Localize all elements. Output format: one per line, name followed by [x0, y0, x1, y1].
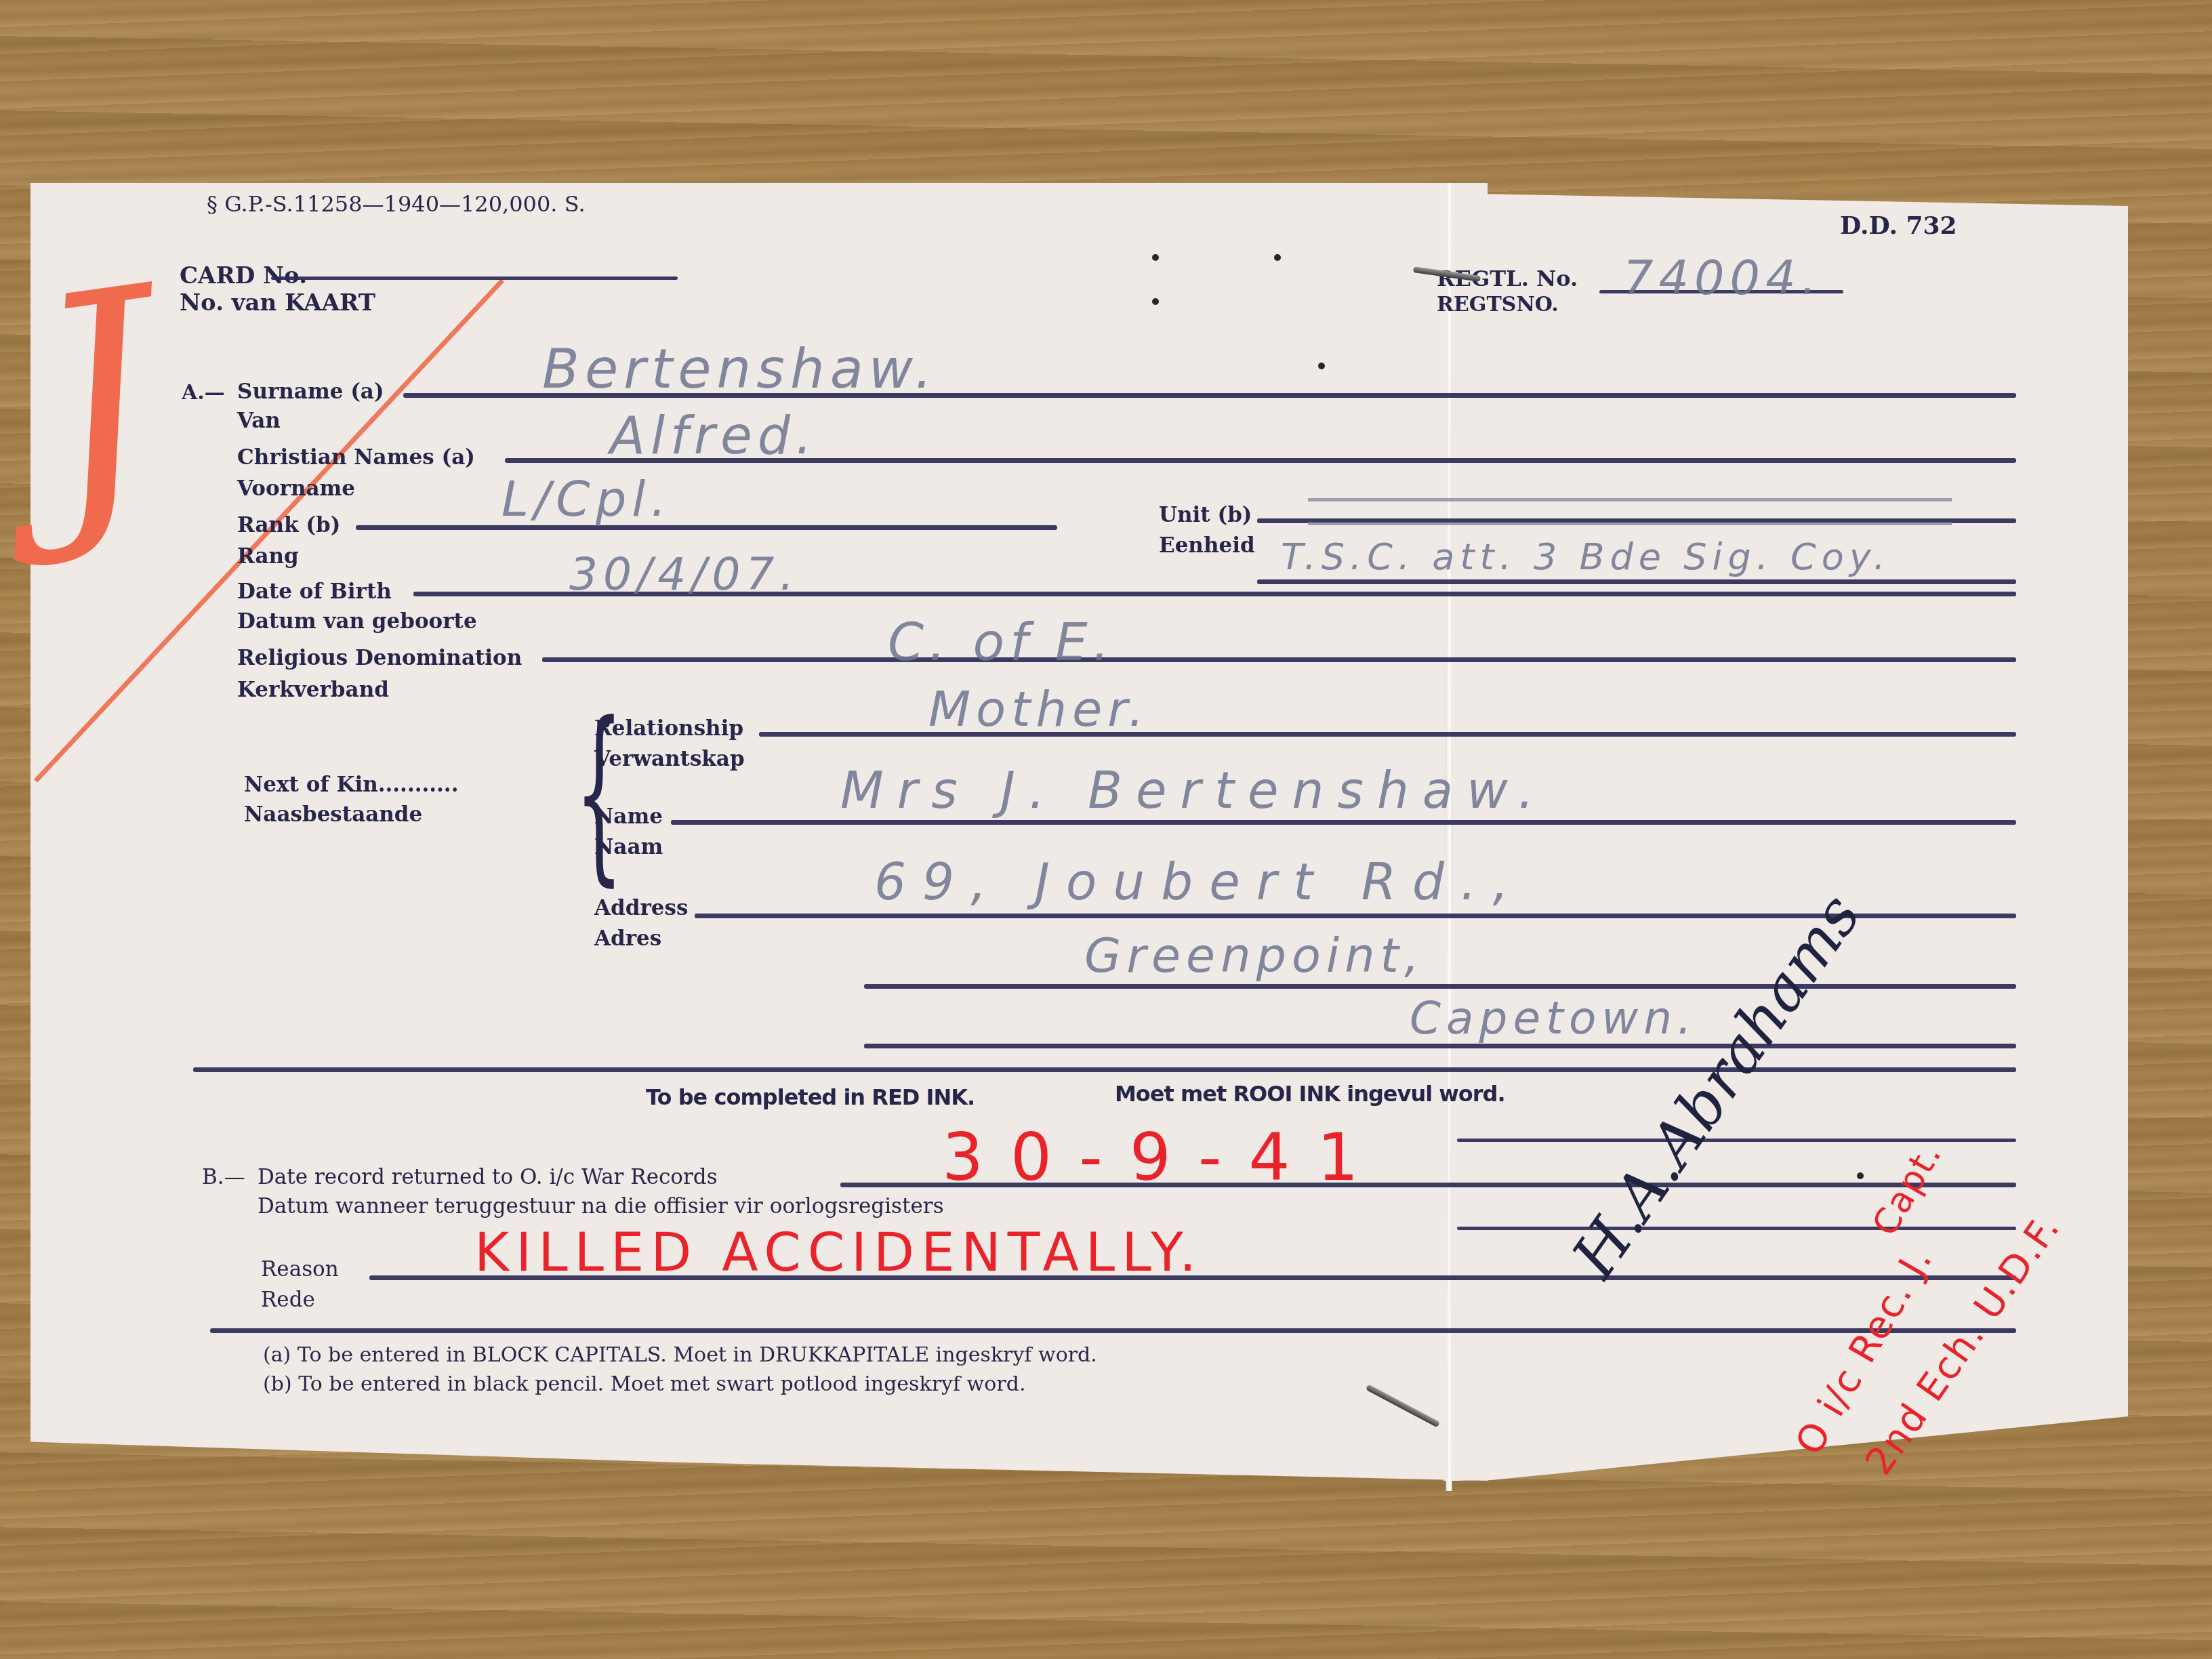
back-card-rule	[1457, 1139, 2016, 1142]
nok-name-label-af: Naam	[594, 837, 663, 858]
rank-label-af: Rang	[237, 546, 299, 567]
date-returned-value: 30-9-41	[942, 1125, 1386, 1190]
card-no-label: CARD No.	[180, 264, 307, 287]
christian-names-value: Alfred.	[610, 410, 817, 462]
surname-value: Bertenshaw.	[542, 342, 937, 396]
address-field-3[interactable]	[864, 1044, 2016, 1048]
date-returned-label: Date record returned to O. i/c War Recor…	[258, 1167, 718, 1188]
christian-names-label-af: Voorname	[237, 478, 355, 499]
reason-label: Reason	[261, 1259, 339, 1280]
red-ink-notice: To be completed in RED INK.	[646, 1086, 975, 1108]
pin-hole	[1152, 298, 1159, 305]
unit-struck-entry	[1308, 498, 1952, 525]
pin-hole	[1857, 1172, 1864, 1179]
religion-label-af: Kerkverband	[237, 680, 389, 701]
address-line-3: Capetown.	[1410, 996, 1697, 1041]
pin-hole	[1318, 363, 1325, 369]
religion-field[interactable]	[542, 657, 2016, 662]
dob-label: Date of Birth	[237, 581, 392, 602]
rank-value: L/Cpl.	[501, 474, 672, 523]
back-card-rule	[1457, 1227, 2016, 1230]
reason-value: KILLED ACCIDENTALLY.	[474, 1227, 1203, 1279]
footer-divider	[210, 1328, 2016, 1333]
form-code: D.D. 732	[1840, 213, 1957, 238]
footnote-b: (b) To be entered in black pencil. Moet …	[263, 1374, 1025, 1395]
rank-label: Rank (b)	[237, 515, 340, 536]
date-returned-label-af: Datum wanneer teruggestuur na die offisi…	[258, 1196, 944, 1217]
dob-label-af: Datum van geboorte	[237, 611, 477, 632]
address-line-2: Greenpoint,	[1084, 932, 1425, 979]
surname-label: Surname (a)	[237, 382, 384, 403]
red-ink-notice-af: Moet met ROOI INK ingevul word.	[1115, 1083, 1505, 1105]
address-label: Address	[594, 898, 688, 919]
pin-hole	[1274, 254, 1281, 261]
religion-label: Religious Denomination	[237, 648, 522, 669]
form-reference: § G.P.-S.11258—1940—120,000. S.	[207, 193, 586, 215]
religion-value: C. of E.	[888, 617, 1115, 668]
regtl-no-label-af: REGTSNO.	[1437, 295, 1559, 315]
footnote-a: (a) To be entered in BLOCK CAPITALS. Moe…	[263, 1345, 1097, 1366]
section-a-prefix: A.—	[182, 383, 225, 403]
nok-name-label: Name	[594, 806, 663, 827]
unit-field-2[interactable]	[1257, 579, 2016, 584]
christian-names-label: Christian Names (a)	[237, 447, 475, 468]
unit-value: T.S.C. att. 3 Bde Sig. Coy.	[1281, 539, 1891, 575]
pin-hole	[1152, 254, 1159, 261]
address-label-af: Adres	[594, 928, 661, 949]
regtl-no-value: 74004.	[1623, 254, 1822, 302]
surname-label-af: Van	[237, 411, 281, 432]
unit-label-af: Eenheid	[1159, 535, 1255, 556]
rank-field[interactable]	[356, 525, 1057, 530]
unit-label: Unit (b)	[1159, 505, 1252, 526]
address-field-2[interactable]	[864, 984, 2016, 989]
card-no-field[interactable]	[271, 276, 678, 280]
nok-label-af: Naasbestaande	[244, 804, 422, 825]
section-b-prefix: B.—	[202, 1167, 245, 1188]
card-no-label-af: No. van KAART	[180, 291, 375, 314]
nok-name-value: Mrs J. Bertenshaw.	[840, 766, 1548, 816]
dob-value: 30/4/07.	[569, 552, 799, 597]
relationship-label-af: Verwantskap	[594, 749, 745, 770]
relationship-label: Relationship	[594, 718, 743, 739]
relationship-value: Mother.	[928, 684, 1149, 733]
reason-label-af: Rede	[261, 1290, 315, 1311]
nok-label: Next of Kin...........	[244, 775, 458, 796]
address-line-1: 69, Joubert Rd.,	[874, 857, 1525, 907]
nok-name-field[interactable]	[671, 820, 2016, 825]
